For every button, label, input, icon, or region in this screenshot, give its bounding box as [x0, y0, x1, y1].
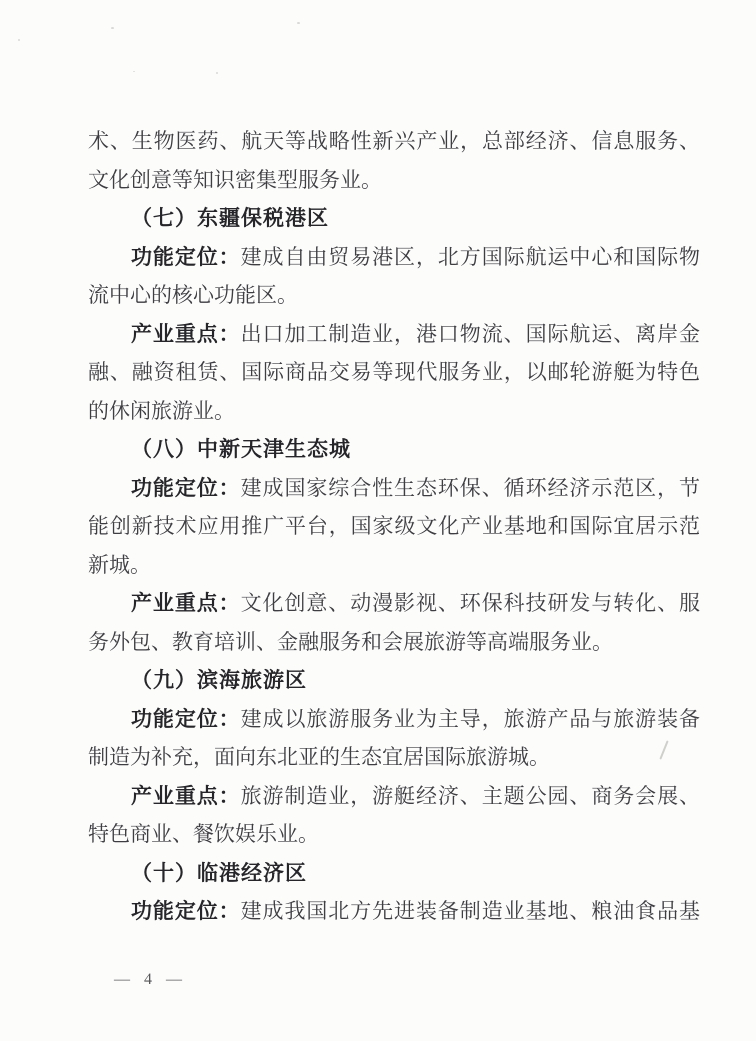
bold-label: 功能定位：	[131, 245, 241, 269]
bold-label: 功能定位：	[131, 707, 241, 731]
scanned-document-page: 术、生物医药、航天等战略性新兴产业，总部经济、信息服务、文化创意等知识密集型服务…	[0, 0, 756, 1041]
scan-artifact	[111, 27, 114, 29]
body-text: 术、生物医药、航天等战略性新兴产业，总部经济、信息服务、	[88, 129, 700, 153]
text-line: 功能定位：建成以旅游服务业为主导，旅游产品与旅游装备	[88, 700, 700, 739]
body-text: 务外包、教育培训、金融服务和会展旅游等高端服务业。	[88, 630, 613, 654]
bold-label: 产业重点：	[131, 322, 241, 346]
text-line: 功能定位：建成自由贸易港区，北方国际航运中心和国际物	[88, 238, 700, 277]
text-line: 流中心的核心功能区。	[88, 276, 700, 315]
bold-label: 产业重点：	[131, 784, 241, 808]
body-text: 建成自由贸易港区，北方国际航运中心和国际物	[241, 245, 700, 269]
section-heading: （十）临港经济区	[88, 854, 700, 893]
body-text: 制造为补充，面向东北亚的生态宜居国际旅游城。	[88, 745, 550, 769]
scan-artifact	[216, 72, 218, 74]
text-line: 新城。	[88, 546, 700, 585]
bold-label: （七）东疆保税港区	[131, 206, 329, 230]
bold-label: （十）临港经济区	[131, 861, 307, 885]
text-line: 能创新技术应用推广平台，国家级文化产业基地和国际宜居示范	[88, 507, 700, 546]
text-line: 产业重点：出口加工制造业，港口物流、国际航运、离岸金	[88, 315, 700, 354]
bold-label: 功能定位：	[131, 476, 241, 500]
text-line: 制造为补充，面向东北亚的生态宜居国际旅游城。	[88, 738, 700, 777]
text-line: 产业重点：旅游制造业，游艇经济、主题公园、商务会展、	[88, 777, 700, 816]
body-text: 融、融资租赁、国际商品交易等现代服务业，以邮轮游艇为特色	[88, 360, 700, 384]
bold-label: 产业重点：	[131, 591, 241, 615]
scan-artifact	[133, 71, 135, 72]
text-line: 特色商业、餐饮娱乐业。	[88, 815, 700, 854]
text-line: 产业重点：文化创意、动漫影视、环保科技研发与转化、服	[88, 584, 700, 623]
body-text: 旅游制造业，游艇经济、主题公园、商务会展、	[241, 784, 700, 808]
body-text: 特色商业、餐饮娱乐业。	[88, 822, 319, 846]
text-line: 务外包、教育培训、金融服务和会展旅游等高端服务业。	[88, 623, 700, 662]
body-text: 新城。	[88, 553, 151, 577]
text-line: 融、融资租赁、国际商品交易等现代服务业，以邮轮游艇为特色	[88, 353, 700, 392]
body-text: 文化创意、动漫影视、环保科技研发与转化、服	[241, 591, 700, 615]
bold-label: 功能定位：	[131, 899, 241, 923]
body-text: 建成国家综合性生态环保、循环经济示范区，节	[241, 476, 700, 500]
body-text: 能创新技术应用推广平台，国家级文化产业基地和国际宜居示范	[88, 514, 700, 538]
scan-artifact	[18, 39, 20, 41]
body-text: 建成以旅游服务业为主导，旅游产品与旅游装备	[241, 707, 700, 731]
bold-label: （九）滨海旅游区	[131, 668, 307, 692]
text-line: 文化创意等知识密集型服务业。	[88, 161, 700, 200]
bold-label: （八）中新天津生态城	[131, 437, 351, 461]
text-line: 功能定位：建成我国北方先进装备制造业基地、粮油食品基	[88, 892, 700, 931]
text-line: 的休闲旅游业。	[88, 392, 700, 431]
section-heading: （七）东疆保税港区	[88, 199, 700, 238]
scan-artifact	[297, 22, 300, 24]
body-text: 的休闲旅游业。	[88, 399, 235, 423]
body-text: 流中心的核心功能区。	[88, 283, 298, 307]
text-line: 功能定位：建成国家综合性生态环保、循环经济示范区，节	[88, 469, 700, 508]
document-body: 术、生物医药、航天等战略性新兴产业，总部经济、信息服务、文化创意等知识密集型服务…	[88, 122, 700, 931]
section-heading: （八）中新天津生态城	[88, 430, 700, 469]
body-text: 出口加工制造业，港口物流、国际航运、离岸金	[241, 322, 700, 346]
page-number: — 4 —	[114, 968, 184, 992]
body-text: 文化创意等知识密集型服务业。	[88, 168, 382, 192]
section-heading: （九）滨海旅游区	[88, 661, 700, 700]
text-line: 术、生物医药、航天等战略性新兴产业，总部经济、信息服务、	[88, 122, 700, 161]
body-text: 建成我国北方先进装备制造业基地、粮油食品基	[241, 899, 700, 923]
